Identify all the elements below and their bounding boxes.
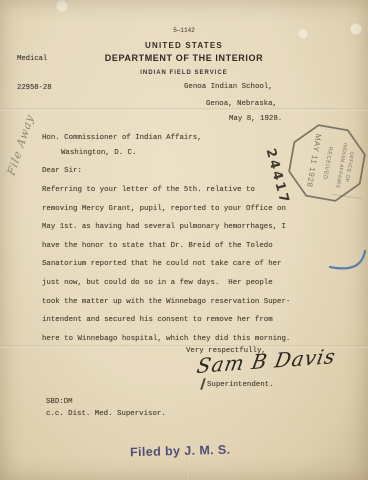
form-number: 5—1142 — [0, 27, 368, 34]
letterhead-service: INDIAN FIELD SERVICE — [0, 70, 368, 76]
handwritten-margin-note: File Away — [5, 112, 36, 178]
letter-body: Referring to your letter of the 5th. rel… — [42, 185, 322, 352]
body-line: just now, but could do so in a few days.… — [42, 278, 322, 297]
body-line: intendent and secured his consent to rem… — [42, 315, 322, 334]
fold-crease-top — [0, 108, 368, 111]
letter-page: Medical 22958-28 File Away 5—1142 UNITED… — [0, 0, 368, 480]
letterhead-united-states: UNITED STATES — [0, 41, 368, 50]
dateline-school: Genoa Indian School, — [184, 83, 273, 91]
file-reference-number: 22958-28 — [17, 84, 52, 94]
filed-by-stamp: Filed by J. M. S. — [130, 443, 231, 460]
blue-pen-mark — [326, 248, 368, 280]
body-line: took the matter up with the Winnebago re… — [42, 297, 322, 316]
body-line: have the honor to state that Dr. Breid o… — [42, 241, 322, 260]
received-stamp-received: RECEIVED — [321, 146, 333, 180]
dateline-place: Genoa, Nebraska, — [206, 100, 277, 108]
body-line: Sanatorium reported that he could not ta… — [42, 259, 322, 278]
recipient-line2: Washington, D. C. — [61, 149, 136, 157]
dateline-date: May 8, 1928. — [229, 115, 282, 123]
body-line: May 1st. as having had several pulmonary… — [42, 222, 322, 241]
body-line: removing Mercy Grant, pupil, reported to… — [42, 204, 322, 223]
typist-initials: SBD:DM — [46, 398, 73, 406]
recipient-line1: Hon. Commissioner of Indian Affairs, — [42, 134, 202, 142]
signature-flourish — [200, 378, 206, 390]
letterhead-department: DEPARTMENT OF THE INTERIOR — [0, 53, 368, 63]
body-line: Referring to your letter of the 5th. rel… — [42, 185, 322, 204]
received-stamp-date: MAY 11 1928 — [305, 133, 323, 188]
signature-title: Superintendent. — [207, 381, 274, 389]
cc-line: c.c. Dist. Med. Supervisor. — [46, 410, 166, 418]
salutation: Dear Sir: — [42, 167, 82, 175]
